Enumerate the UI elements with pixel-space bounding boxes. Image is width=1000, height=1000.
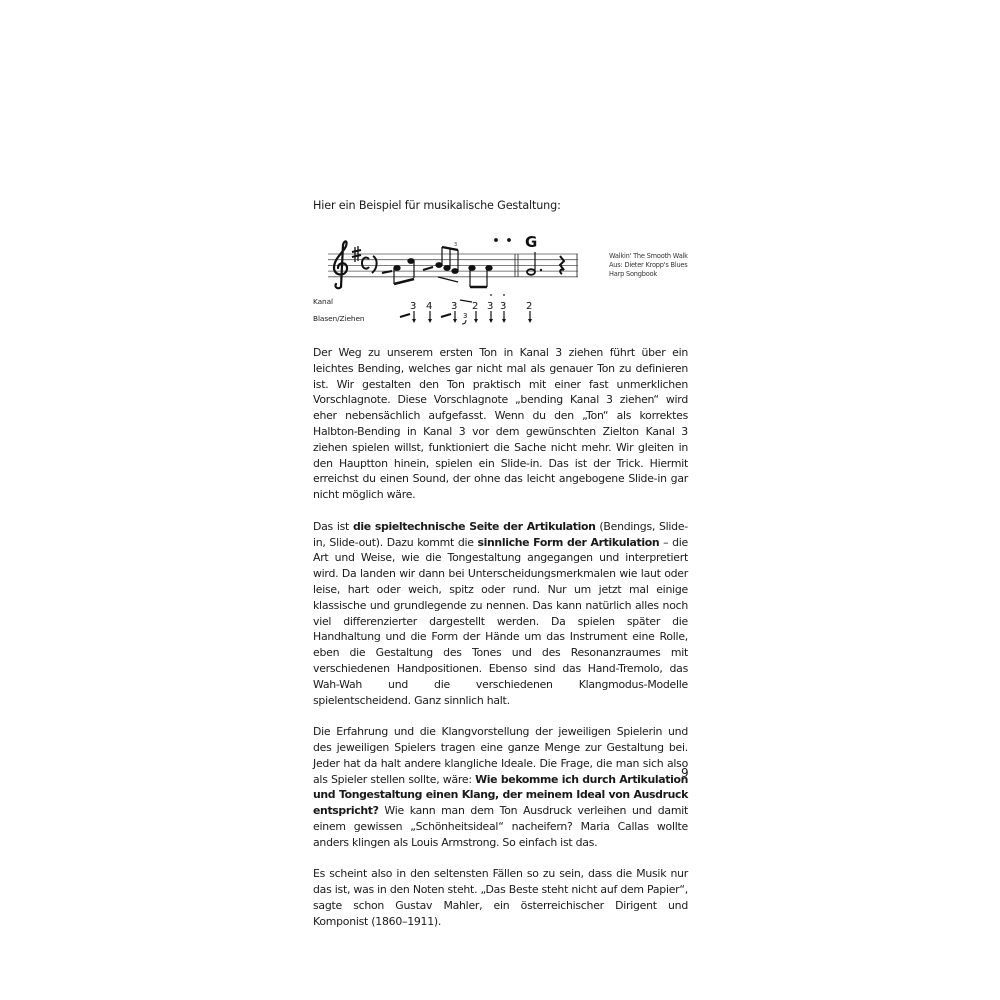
tab-row-label-blow-draw: Blasen/Ziehen: [313, 314, 365, 323]
book-page: Hier ein Beispiel für musikalische Gesta…: [0, 0, 1000, 1000]
intro-sentence: Hier ein Beispiel für musikalische Gesta…: [313, 199, 561, 212]
bold-emphasis: sinnliche Form der Artikulation: [478, 536, 660, 549]
body-text: Der Weg zu unserem ersten Ton in Kanal 3…: [313, 345, 688, 945]
svg-text:3: 3: [463, 312, 467, 320]
harmonica-tab: 3 4 3 3 2 3: [400, 294, 532, 324]
paragraph: Das ist die spieltechnische Seite der Ar…: [313, 519, 688, 709]
caption-line: Harp Songbook: [609, 270, 688, 279]
svg-text:4: 4: [426, 301, 432, 312]
text-segment: Der Weg zu unserem ersten Ton in Kanal 3…: [313, 346, 688, 501]
tab-row-label-channel: Kanal: [313, 297, 333, 306]
text-segment: – die Art und Weise, wie die Tongestaltu…: [313, 536, 688, 707]
svg-text:3: 3: [451, 301, 457, 312]
time-signature-icon: [362, 256, 377, 273]
music-example-caption: Walkin' The Smooth Walk Aus: Dieter Krop…: [609, 252, 688, 279]
caption-line: Aus: Dieter Kropp's Blues: [609, 261, 688, 270]
caption-line: Walkin' The Smooth Walk: [609, 252, 688, 261]
svg-text:2: 2: [472, 301, 478, 312]
paragraph: Die Erfahrung und die Klangvorstellung d…: [313, 724, 688, 850]
svg-text:2: 2: [526, 301, 532, 312]
bold-emphasis: die spieltechnische Seite der Artikulati…: [353, 520, 596, 533]
page-number: 9: [681, 766, 689, 780]
text-segment: Es scheint also in den seltensten Fällen…: [313, 867, 688, 927]
svg-text:3: 3: [500, 301, 506, 312]
paragraph: Es scheint also in den seltensten Fällen…: [313, 866, 688, 929]
svg-text:3: 3: [410, 301, 416, 312]
chord-symbol: G: [525, 233, 537, 251]
paragraph: Der Weg zu unserem ersten Ton in Kanal 3…: [313, 345, 688, 503]
notes-measure-1: [382, 239, 510, 287]
treble-clef-icon: [334, 241, 347, 288]
text-segment: Das ist: [313, 520, 353, 533]
svg-text:3: 3: [487, 301, 493, 312]
triplet-mark: 3: [454, 242, 457, 248]
